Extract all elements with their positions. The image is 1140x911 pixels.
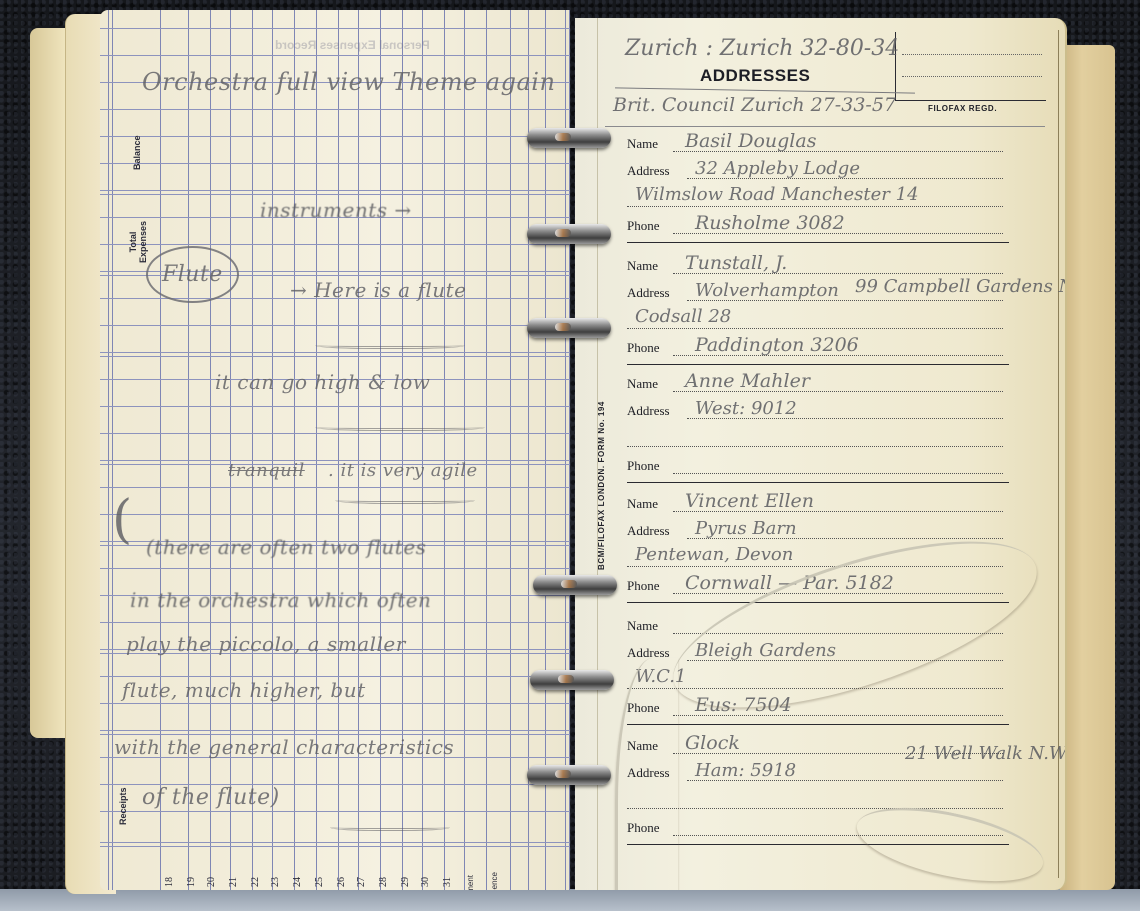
name-label: Name <box>627 376 658 392</box>
grid-line <box>100 703 570 704</box>
entry-address-line: Wilmslow Road Manchester 14 <box>635 184 919 205</box>
grid-line <box>100 28 570 29</box>
address-dotted-line <box>627 206 1003 207</box>
form-number: BCM/FILOFAX LONDON. FORM No. 194 <box>597 401 606 570</box>
entry-divider <box>627 724 1009 725</box>
note-line: . it is very agile <box>328 460 478 481</box>
day-column-label: 30 <box>420 877 431 887</box>
binder-ring <box>527 765 611 785</box>
pencil-underline <box>605 126 1045 127</box>
grid-line <box>108 10 109 890</box>
row-label-balance: Balance <box>132 135 142 170</box>
entry-address-line: West: 9012 <box>695 398 797 419</box>
binder-ring <box>527 318 611 338</box>
entry-address-line: Pentewan, Devon <box>635 544 793 565</box>
entry-name: Glock <box>685 732 740 754</box>
pencil-underline <box>615 87 915 93</box>
grid-line <box>100 487 570 488</box>
grid-line <box>100 163 570 164</box>
entry-address-line: 99 Campbell Gardens N.W.6 <box>855 276 1067 297</box>
phone-label: Phone <box>627 340 660 356</box>
wavy-underline <box>335 495 475 504</box>
grid-line <box>100 622 570 623</box>
note-line: with the general characteristics <box>114 735 454 759</box>
entry-address-line: 21 Well Walk N.W.3 <box>905 743 1067 764</box>
day-column-label: 23 <box>270 877 281 887</box>
page-title: ADDRESSES <box>700 66 810 86</box>
note-line: → Here is a flute <box>290 278 467 302</box>
note-line: in the orchestra which often <box>130 588 431 612</box>
grid-line <box>100 244 570 245</box>
day-column-label: 24 <box>292 877 303 887</box>
entry-name: Tunstall, J. <box>685 252 787 274</box>
paper-tear <box>615 658 678 890</box>
grid-line <box>464 10 465 890</box>
name-label: Name <box>627 618 658 634</box>
day-column-label: 27 <box>356 877 367 887</box>
grid-line <box>100 842 570 843</box>
note-line: of the flute) <box>142 785 280 810</box>
wavy-underline <box>315 340 465 349</box>
row-label-receipts: Receipts <box>118 787 128 825</box>
entry-name: Basil Douglas <box>685 130 816 152</box>
header-note: Zurich : Zurich 32-80-34 <box>625 36 899 61</box>
entry-name: Vincent Ellen <box>685 490 814 512</box>
note-struck: tranquil <box>228 460 305 481</box>
entry-divider <box>627 482 1009 483</box>
entry-address-line: Codsall 28 <box>635 306 731 327</box>
note-line: Orchestra full view Theme again <box>142 68 555 96</box>
address-label: Address <box>627 523 670 539</box>
row-label-total-expenses: Total Expenses <box>128 212 148 272</box>
note-line: flute, much higher, but <box>122 678 366 702</box>
day-column-label: 28 <box>378 877 389 887</box>
address-dotted-line <box>627 446 1003 447</box>
grid-line <box>100 325 570 326</box>
phone-label: Phone <box>627 458 660 474</box>
day-column-label: 26 <box>336 877 347 887</box>
filofax-registered-label: FILOFAX REGD. <box>928 104 997 113</box>
grid-line <box>100 190 570 191</box>
entry-divider <box>627 364 1009 365</box>
phone-label: Phone <box>627 218 660 234</box>
name-label: Name <box>627 136 658 152</box>
entry-phone: Rusholme 3082 <box>695 212 845 234</box>
grid-line <box>100 730 570 731</box>
entry-address-line: Pyrus Barn <box>695 518 797 539</box>
phone-label: Phone <box>627 578 660 594</box>
entry-name: Anne Mahler <box>685 370 810 392</box>
name-label: Name <box>627 258 658 274</box>
grid-line <box>100 109 570 110</box>
name-label: Name <box>627 496 658 512</box>
address-dotted-line <box>627 328 1003 329</box>
grid-line <box>100 433 570 434</box>
column-allotment: Allot-ment <box>466 861 475 890</box>
entry-address-line: Wolverhampton <box>695 280 839 301</box>
address-dotted-line <box>627 808 1003 809</box>
day-column-label: 29 <box>400 877 411 887</box>
entry-address-line: 32 Appleby Lodge <box>695 158 860 179</box>
grid-line <box>100 811 570 812</box>
note-line: it can go high & low <box>215 370 430 394</box>
phone-dotted-line <box>673 473 1003 474</box>
header-note: Brit. Council Zurich 27-33-57 <box>613 94 896 116</box>
address-label: Address <box>627 285 670 301</box>
grid-line <box>100 514 570 515</box>
binder-ring <box>533 575 617 595</box>
day-column-label: 19 <box>186 877 197 887</box>
show-through-heading: Personal Expenses Record <box>275 38 430 52</box>
address-label: Address <box>627 403 670 419</box>
grid-line <box>100 55 570 56</box>
back-card <box>1060 45 1115 890</box>
grid-line <box>100 406 570 407</box>
wavy-underline <box>330 822 450 831</box>
addresses-page: BCM/FILOFAX LONDON. FORM No. 194 FILOFAX… <box>575 18 1067 890</box>
day-column-label: 25 <box>314 877 325 887</box>
note-flute-circled: Flute <box>146 246 239 303</box>
binder-ring <box>530 670 614 690</box>
desk-surface <box>0 889 1140 911</box>
wavy-underline <box>315 422 485 431</box>
day-column-label: 21 <box>228 877 239 887</box>
day-column-label: 22 <box>250 877 261 887</box>
note-line: instruments → <box>260 198 412 222</box>
entry-divider <box>627 242 1009 243</box>
day-column-label: 20 <box>206 877 217 887</box>
day-column-label: 31 <box>442 877 453 887</box>
grid-line <box>486 10 487 890</box>
grid-line <box>100 568 570 569</box>
grid-line <box>510 10 511 890</box>
grid-line <box>100 352 570 353</box>
grid-line <box>100 676 570 677</box>
registration-box <box>895 32 1046 101</box>
expenses-page: Personal Expenses Record Balance Total E… <box>100 10 570 890</box>
day-column-label: 18 <box>164 877 175 887</box>
binder-ring <box>527 128 611 148</box>
note-line: play the piccolo, a smaller <box>126 632 406 656</box>
entry-address-line: Ham: 5918 <box>695 760 796 781</box>
grid-line <box>112 10 113 890</box>
binder-ring <box>527 224 611 244</box>
open-parenthesis: ( <box>112 490 132 550</box>
address-label: Address <box>627 163 670 179</box>
column-difference: Differ-ence <box>490 861 499 890</box>
note-line: (there are often two flutes <box>146 535 426 559</box>
entry-phone: Paddington 3206 <box>695 334 859 356</box>
grid-line <box>100 136 570 137</box>
